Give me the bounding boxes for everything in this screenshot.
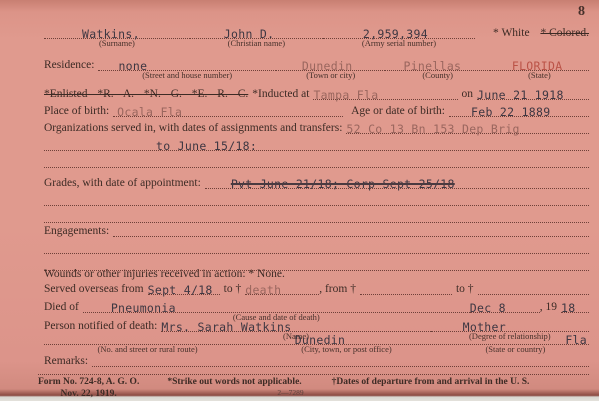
address-caption-street: (No. and street or rural route) — [44, 344, 251, 354]
birth-place-field: Ocala Fla — [113, 105, 343, 118]
organizations-row: Organizations served in, with dates of a… — [44, 117, 589, 134]
overseas-date1-value: Sept 4/18 — [148, 285, 213, 297]
on-label: on — [458, 88, 478, 100]
blank-line — [44, 189, 589, 206]
organizations-field: 52 Co 13 Bn 153 Dep Brig — [346, 122, 589, 135]
organizations-continuation-row: to June 15/18: — [44, 134, 589, 151]
place-of-birth-label: Place of birth: — [44, 105, 113, 117]
blank-rule — [44, 253, 589, 254]
grades-row: Grades, with date of appointment: Pvt Ju… — [44, 172, 589, 189]
blank-rule — [44, 205, 589, 206]
died-row: Died of Pneumonia (Cause and date of dea… — [44, 296, 589, 313]
overseas-to1-label: to † — [220, 283, 246, 295]
engagements-label: Engagements: — [44, 225, 113, 237]
grades-label: Grades, with date of appointment: — [44, 177, 205, 189]
organizations-continuation-field: to June 15/18: — [44, 139, 589, 152]
remarks-field — [92, 366, 589, 367]
overseas-row: Served overseas from Sept 4/18 to † deat… — [44, 278, 589, 295]
overseas-date3-field — [360, 294, 452, 295]
footnote-strike: *Strike out words not applicable. 2—7289 — [167, 377, 303, 397]
died-of-label: Died of — [44, 301, 83, 313]
notified-name-field: Mrs. Sarah Watkins (Name) — [161, 320, 430, 333]
blank-rule — [44, 222, 589, 223]
form-number: Form No. 724-8, A. G. O. — [38, 377, 139, 389]
state-field: FLORIDA (State) — [490, 59, 589, 72]
induction-place-value: Tampa Fla — [313, 90, 378, 102]
birth-date-value: Feb 22 1889 — [471, 107, 550, 119]
name-row: Watkins, (Surname) John D. (Christian na… — [44, 22, 589, 39]
footnote-dates: †Dates of departure from and arrival in … — [332, 377, 530, 387]
remarks-label: Remarks: — [44, 355, 92, 367]
age-label: Age or date of birth: — [343, 105, 449, 117]
christian-name-caption: (Christian name) — [190, 38, 323, 48]
serial-number-field: 2,959,394 (Army serial number) — [323, 27, 475, 40]
street-caption: (Street and house number) — [98, 70, 275, 80]
race-colored-label: * Colored. — [540, 27, 589, 39]
footer: Form No. 724-8, A. G. O. Nov. 22, 1919. … — [38, 374, 589, 401]
grades-value: Pvt June 21/18; Corp Sept 25/18 — [231, 179, 455, 191]
death-year-field: 18 — [561, 301, 589, 314]
enlisted-struck-words: *Enlisted *R. A. *N. G. *E. R. C. — [44, 88, 252, 100]
residence-label: Residence: — [44, 59, 98, 71]
served-overseas-label: Served overseas from — [44, 283, 148, 295]
birth-date-field: Feb 22 1889 — [449, 105, 589, 118]
county-field: Pinellas (County) — [385, 59, 489, 72]
overseas-date2-value: death — [245, 285, 281, 297]
christian-name-field: John D. (Christian name) — [190, 27, 323, 40]
print-code: 2—7289 — [277, 388, 303, 397]
address-caption-city: (City, town, or post office) — [251, 344, 442, 354]
engagements-field — [113, 236, 589, 237]
form-date: Nov. 22, 1919. — [38, 389, 139, 401]
form-number-block: Form No. 724-8, A. G. O. Nov. 22, 1919. — [38, 377, 139, 401]
overseas-date1-field: Sept 4/18 — [148, 283, 220, 296]
induction-place-field: Tampa Fla — [313, 88, 457, 101]
street-field: none (Street and house number) — [98, 59, 275, 72]
notified-address-field: Dunedin Fla (No. and street or rural rou… — [44, 344, 589, 345]
residence-row: Residence: none (Street and house number… — [44, 54, 589, 71]
overseas-from2-label: , from † — [319, 283, 360, 295]
death-date-field: Dec 8 — [470, 301, 540, 314]
blank-rule — [44, 270, 589, 271]
death-year-value: 18 — [561, 303, 575, 315]
service-record-card: 8 Watkins, (Surname) John D. (Christian … — [0, 0, 599, 401]
overseas-date4-field — [478, 294, 589, 295]
inducted-at-label: *Inducted at — [252, 88, 313, 100]
blank-rule — [44, 167, 589, 168]
county-caption: (County) — [385, 70, 489, 80]
birth-row: Place of birth: Ocala Fla Age or date of… — [44, 100, 589, 117]
induction-date-value: June 21 1918 — [477, 90, 564, 102]
grades-field: Pvt June 21/18; Corp Sept 25/18 — [205, 177, 589, 190]
surname-caption: (Surname) — [44, 38, 190, 48]
induction-date-field: June 21 1918 — [477, 88, 589, 101]
state-caption: (State) — [490, 70, 589, 80]
address-caption-state: (State or country) — [442, 344, 589, 354]
birth-place-value: Ocala Fla — [117, 107, 182, 119]
organizations-label: Organizations served in, with dates of a… — [44, 122, 346, 134]
town-field: Dunedin (Town or city) — [276, 59, 386, 72]
death-year-label: , 19 — [540, 301, 561, 313]
surname-field: Watkins, (Surname) — [44, 27, 190, 40]
footnote-strike-text: *Strike out words not applicable. — [167, 377, 303, 387]
notified-address-captions: (No. and street or rural route) (City, t… — [44, 344, 589, 354]
death-cause-field: Pneumonia (Cause and date of death) — [83, 301, 470, 314]
overseas-to2-label: to † — [452, 283, 478, 295]
race-white-label: * White — [493, 27, 530, 39]
race-labels: * White * Colored. — [485, 27, 589, 39]
death-date-value: Dec 8 — [470, 303, 506, 315]
page-number: 8 — [578, 4, 585, 20]
blank-line — [44, 237, 589, 254]
induction-row: *Enlisted *R. A. *N. G. *E. R. C. *Induc… — [44, 83, 589, 100]
overseas-date2-field: death — [245, 283, 319, 296]
notified-relation-field: Mother (Degree of relationship) — [431, 320, 589, 333]
blank-line — [44, 151, 589, 168]
organizations-continuation-value: to June 15/18: — [156, 141, 257, 153]
town-caption: (Town or city) — [276, 70, 386, 80]
organizations-value: 52 Co 13 Bn 153 Dep Brig — [346, 124, 519, 136]
serial-number-caption: (Army serial number) — [323, 38, 475, 48]
